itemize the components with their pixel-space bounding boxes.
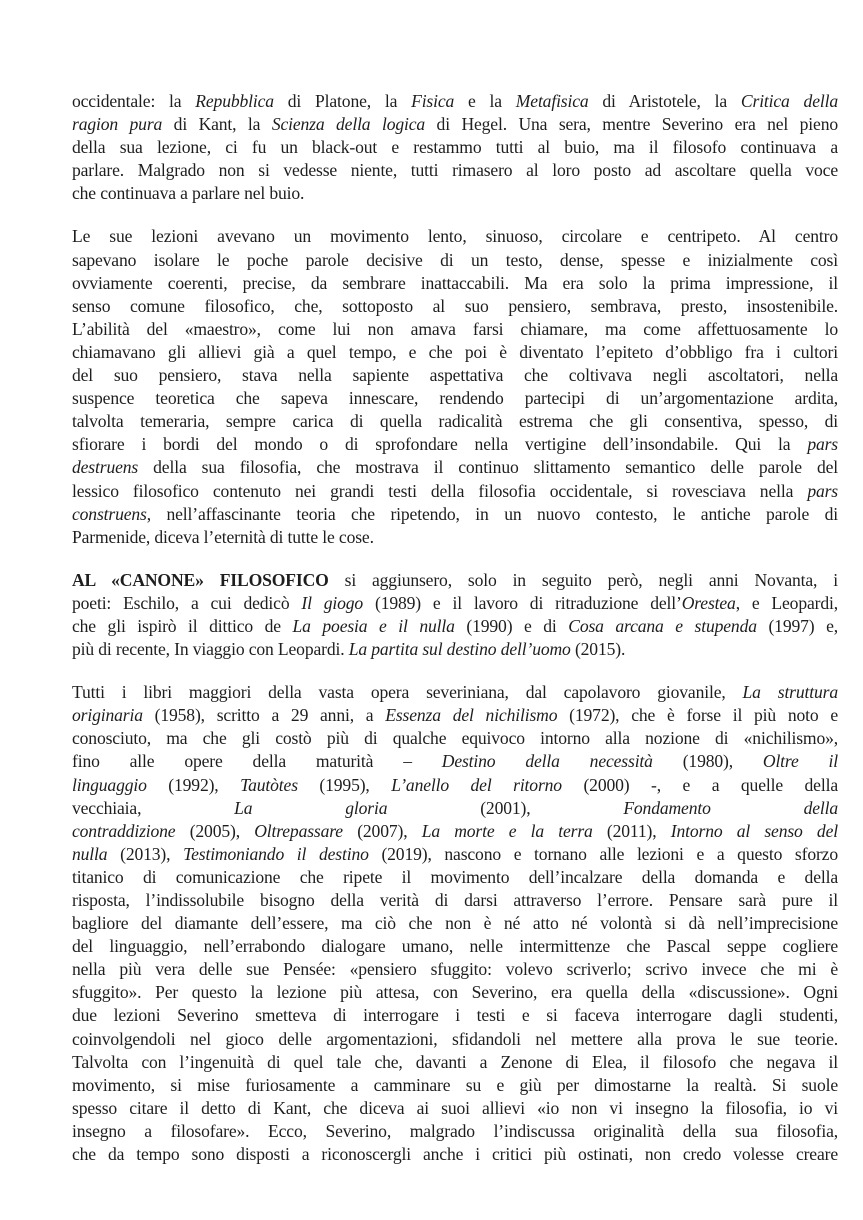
text-line: lessico filosofico contenuto nei grandi … — [72, 480, 838, 503]
italic-title: La poesia e il nulla — [293, 616, 455, 636]
document-page: occidentale: la Repubblica di Platone, l… — [72, 90, 838, 1186]
text-line: fino alle opere della maturità – Destino… — [72, 750, 838, 773]
text-line: che gli ispirò il dittico de La poesia e… — [72, 615, 838, 638]
paragraph-philosophical-canon: AL «CANONE» FILOSOFICO si aggiunsero, so… — [72, 569, 838, 661]
italic-title: Oltrepassare — [254, 821, 343, 841]
text-run: (1992), — [147, 775, 240, 795]
text-run: conosciuto, ma che gli costò più di qual… — [72, 728, 838, 748]
text-run: (2007), — [343, 821, 422, 841]
text-run: (1990) e di — [455, 616, 568, 636]
text-line: AL «CANONE» FILOSOFICO si aggiunsero, so… — [72, 569, 838, 592]
text-run: della sua filosofia, che mostrava il con… — [138, 457, 838, 477]
italic-title: Intorno al senso del — [671, 821, 838, 841]
text-line: ovviamente coerenti, precise, da sembrar… — [72, 272, 838, 295]
italic-title: Cosa arcana e stupenda — [568, 616, 757, 636]
text-line: spesso citare il detto di Kant, che dice… — [72, 1097, 838, 1120]
paragraph-lecture-style: Le sue lezioni avevano un movimento lent… — [72, 225, 838, 548]
text-line: del linguaggio, nell’errabondo dialogare… — [72, 935, 838, 958]
text-run: risposta, l’indissolubile bisogno della … — [72, 890, 838, 910]
italic-title: Essenza del nichilismo — [385, 705, 557, 725]
text-run: coinvolgendoli nel gioco delle argomenta… — [72, 1029, 838, 1049]
text-line: Parmenide, diceva l’eternità di tutte le… — [72, 526, 838, 549]
italic-title: Il giogo — [301, 593, 363, 613]
text-line: due lezioni Severino smetteva di interro… — [72, 1004, 838, 1027]
italic-title: linguaggio — [72, 775, 147, 795]
text-run: (2015). — [571, 639, 626, 659]
italic-title: La gloria — [234, 798, 387, 818]
text-line: della sua lezione, ci fu un black-out e … — [72, 136, 838, 159]
text-run: due lezioni Severino smetteva di interro… — [72, 1005, 838, 1025]
text-run: lessico filosofico contenuto nei grandi … — [72, 481, 807, 501]
text-run: si aggiunsero, solo in seguito però, neg… — [329, 570, 838, 590]
italic-title: La struttura — [743, 682, 838, 702]
text-line: più di recente, In viaggio con Leopardi.… — [72, 638, 838, 661]
text-run: (2001), — [387, 798, 623, 818]
text-run: , e Leopardi, — [736, 593, 838, 613]
text-run: nella più vera delle sue Pensée: «pensie… — [72, 959, 838, 979]
text-run: poeti: Eschilo, a cui dedicò — [72, 593, 301, 613]
text-run: titanico di comunicazione che ripete il … — [72, 867, 838, 887]
italic-title: Fondamento della — [623, 798, 838, 818]
text-line: parlare. Malgrado non si vedesse niente,… — [72, 159, 838, 182]
text-line: originaria (1958), scritto a 29 anni, a … — [72, 704, 838, 727]
text-run: di Kant, la — [162, 114, 272, 134]
italic-title: Tautòtes — [240, 775, 298, 795]
text-line: nulla (2013), Testimoniando il destino (… — [72, 843, 838, 866]
italic-title: Testimoniando il destino — [183, 844, 369, 864]
text-line: titanico di comunicazione che ripete il … — [72, 866, 838, 889]
text-run: del suo pensiero, stava nella sapiente a… — [72, 365, 838, 385]
text-run: che continuava a parlare nel buio. — [72, 183, 304, 203]
text-run: insegno a filosofare». Ecco, Severino, m… — [72, 1121, 838, 1141]
text-line: occidentale: la Repubblica di Platone, l… — [72, 90, 838, 113]
text-run: bagliore del diamante dell’essere, ma ci… — [72, 913, 838, 933]
text-run: Le sue lezioni avevano un movimento lent… — [72, 226, 838, 246]
italic-title: Destino della necessità — [442, 751, 653, 771]
text-run: (1989) e il lavoro di ritraduzione dell’ — [363, 593, 682, 613]
text-run: del linguaggio, nell’errabondo dialogare… — [72, 936, 838, 956]
italic-title: Repubblica — [195, 91, 274, 111]
text-run: e la — [454, 91, 516, 111]
text-run: vecchiaia, — [72, 798, 234, 818]
text-run: Talvolta con l’ingenuità di quel tale ch… — [72, 1052, 838, 1072]
text-line: del suo pensiero, stava nella sapiente a… — [72, 364, 838, 387]
text-run: della sua lezione, ci fu un black-out e … — [72, 137, 838, 157]
text-line: poeti: Eschilo, a cui dedicò Il giogo (1… — [72, 592, 838, 615]
italic-title: destruens — [72, 457, 138, 477]
text-run: fino alle opere della maturità – — [72, 751, 442, 771]
italic-title: nulla — [72, 844, 107, 864]
text-line: destruens della sua filosofia, che mostr… — [72, 456, 838, 479]
text-run: suspence teoretica che sapeva innescare,… — [72, 388, 838, 408]
text-line: suspence teoretica che sapeva innescare,… — [72, 387, 838, 410]
text-run: spesso citare il detto di Kant, che dice… — [72, 1098, 838, 1118]
text-run: (2019), nascono e tornano alle lezioni e… — [369, 844, 838, 864]
text-run: (1980), — [653, 751, 763, 771]
text-run: (1958), scritto a 29 anni, a — [143, 705, 385, 725]
text-line: che da tempo sono disposti a riconoscerg… — [72, 1143, 838, 1166]
italic-title: originaria — [72, 705, 143, 725]
text-line: Talvolta con l’ingenuità di quel tale ch… — [72, 1051, 838, 1074]
text-run: L’abilità del «maestro», come lui non am… — [72, 319, 838, 339]
italic-title: pars — [807, 434, 838, 454]
text-run: che da tempo sono disposti a riconoscerg… — [72, 1144, 838, 1164]
text-run: (2005), — [175, 821, 254, 841]
italic-title: Fisica — [411, 91, 454, 111]
italic-title: Oltre il — [763, 751, 838, 771]
text-run: movimento, si mise furiosamente a cammin… — [72, 1075, 838, 1095]
italic-title: ragion pura — [72, 114, 162, 134]
text-run: (1995), — [298, 775, 391, 795]
text-line: sapevano isolare le poche parole decisiv… — [72, 249, 838, 272]
text-run: senso comune filosofico, che, sottoposto… — [72, 296, 838, 316]
italic-title: Metafisica — [516, 91, 589, 111]
text-run: (1997) e, — [757, 616, 838, 636]
text-run: di Hegel. Una sera, mentre Severino era … — [425, 114, 838, 134]
text-line: movimento, si mise furiosamente a cammin… — [72, 1074, 838, 1097]
text-line: vecchiaia, La gloria (2001), Fondamento … — [72, 797, 838, 820]
text-run: (2000) -, e a quelle della — [562, 775, 838, 795]
text-line: sfiorare i bordi del mondo o di sprofond… — [72, 433, 838, 456]
text-run: Tutti i libri maggiori della vasta opera… — [72, 682, 743, 702]
text-line: Tutti i libri maggiori della vasta opera… — [72, 681, 838, 704]
text-line: che continuava a parlare nel buio. — [72, 182, 838, 205]
text-run: più di recente, In viaggio con Leopardi. — [72, 639, 349, 659]
text-line: sfuggito». Per questo la lezione più att… — [72, 981, 838, 1004]
text-line: conosciuto, ma che gli costò più di qual… — [72, 727, 838, 750]
paragraph-lecture-blackout: occidentale: la Repubblica di Platone, l… — [72, 90, 838, 205]
italic-title: Critica della — [741, 91, 838, 111]
text-line: construens, nell’affascinante teoria che… — [72, 503, 838, 526]
italic-title: Orestea — [682, 593, 736, 613]
italic-title: Scienza della logica — [272, 114, 425, 134]
text-run: occidentale: la — [72, 91, 195, 111]
italic-title: construens — [72, 504, 147, 524]
text-line: insegno a filosofare». Ecco, Severino, m… — [72, 1120, 838, 1143]
text-line: coinvolgendoli nel gioco delle argomenta… — [72, 1028, 838, 1051]
italic-title: pars — [807, 481, 838, 501]
text-line: nella più vera delle sue Pensée: «pensie… — [72, 958, 838, 981]
text-run: di Aristotele, la — [589, 91, 741, 111]
text-line: bagliore del diamante dell’essere, ma ci… — [72, 912, 838, 935]
text-run: talvolta temeraria, sempre carica di que… — [72, 411, 838, 431]
text-line: senso comune filosofico, che, sottoposto… — [72, 295, 838, 318]
italic-title: L’anello del ritorno — [391, 775, 562, 795]
text-run: (2013), — [107, 844, 183, 864]
italic-title: contraddizione — [72, 821, 175, 841]
text-run: sfuggito». Per questo la lezione più att… — [72, 982, 838, 1002]
italic-title: La partita sul destino dell’uomo — [349, 639, 571, 659]
text-run: Parmenide, diceva l’eternità di tutte le… — [72, 527, 374, 547]
text-run: sfiorare i bordi del mondo o di sprofond… — [72, 434, 807, 454]
paragraph-major-works: Tutti i libri maggiori della vasta opera… — [72, 681, 838, 1166]
text-line: Le sue lezioni avevano un movimento lent… — [72, 225, 838, 248]
text-line: L’abilità del «maestro», come lui non am… — [72, 318, 838, 341]
bold-heading: AL «CANONE» FILOSOFICO — [72, 570, 329, 590]
text-run: (1972), che è forse il più noto e — [557, 705, 838, 725]
text-run: ovviamente coerenti, precise, da sembrar… — [72, 273, 838, 293]
text-run: di Platone, la — [274, 91, 411, 111]
text-run: che gli ispirò il dittico de — [72, 616, 293, 636]
text-run: sapevano isolare le poche parole decisiv… — [72, 250, 838, 270]
text-line: chiamavano gli allievi già a quel tempo,… — [72, 341, 838, 364]
text-run: , nell’affascinante teoria che ripetendo… — [147, 504, 838, 524]
text-line: linguaggio (1992), Tautòtes (1995), L’an… — [72, 774, 838, 797]
text-run: (2011), — [593, 821, 671, 841]
text-line: contraddizione (2005), Oltrepassare (200… — [72, 820, 838, 843]
text-line: talvolta temeraria, sempre carica di que… — [72, 410, 838, 433]
text-run: chiamavano gli allievi già a quel tempo,… — [72, 342, 838, 362]
text-run: parlare. Malgrado non si vedesse niente,… — [72, 160, 838, 180]
italic-title: La morte e la terra — [422, 821, 593, 841]
text-line: risposta, l’indissolubile bisogno della … — [72, 889, 838, 912]
text-line: ragion pura di Kant, la Scienza della lo… — [72, 113, 838, 136]
